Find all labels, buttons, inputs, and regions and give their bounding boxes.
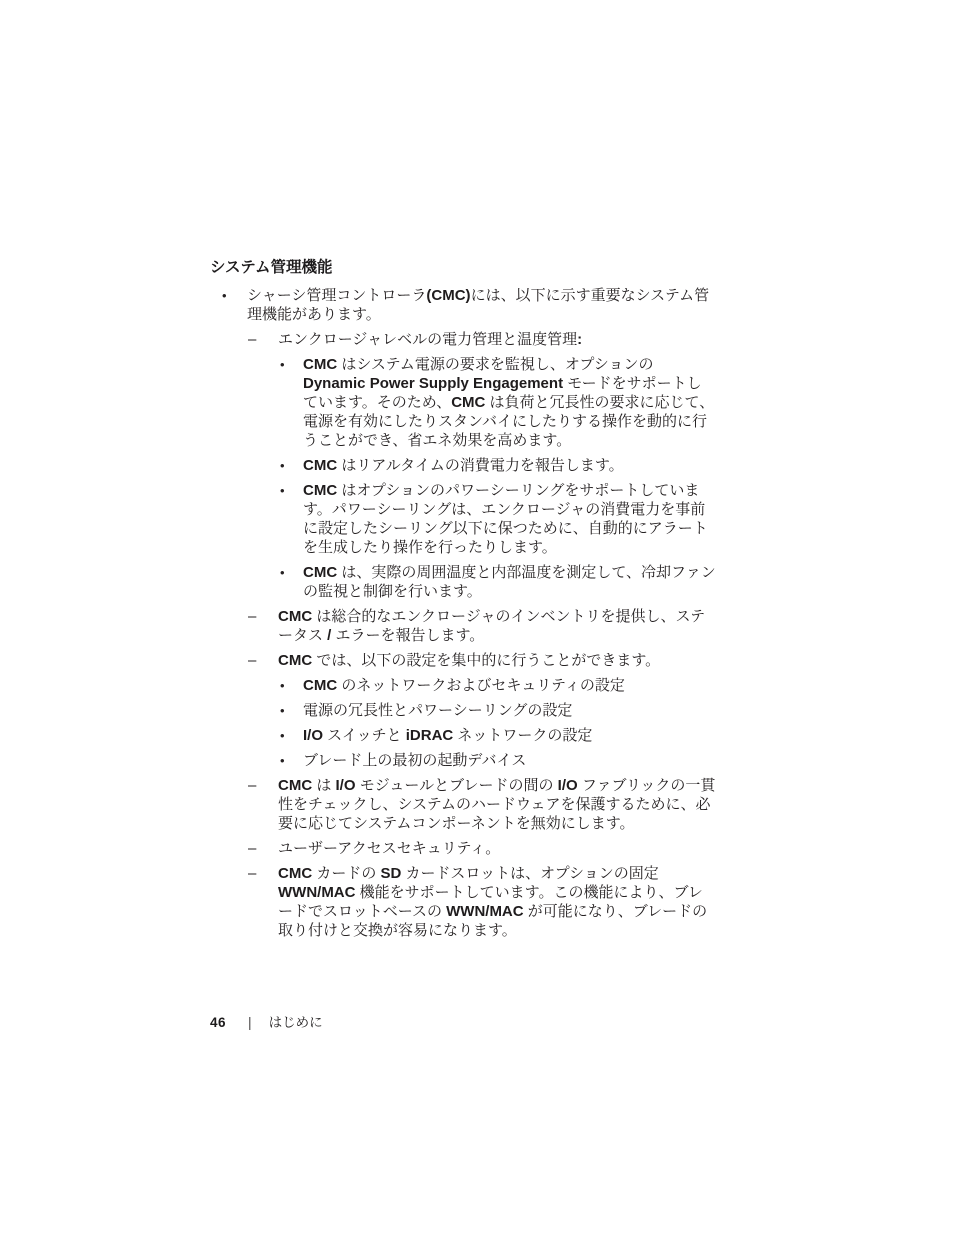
list-item: –CMC カードの SD カードスロットは、オプションの固定 WWN/MAC 機… bbox=[210, 864, 716, 940]
bullet-marker: • bbox=[280, 481, 285, 500]
list-item: •ブレード上の最初の起動デバイス bbox=[210, 751, 716, 770]
list-item: •CMC はオプションのパワーシーリングをサポートしています。パワーシーリングは… bbox=[210, 481, 716, 557]
list-item: •シャーシ管理コントローラ(CMC)には、以下に示す重要なシステム管理機能があり… bbox=[210, 286, 716, 324]
section-heading: システム管理機能 bbox=[210, 258, 716, 278]
bullet-marker: • bbox=[280, 701, 285, 720]
latin-text: SD bbox=[381, 865, 402, 882]
list-item: –エンクロージャレベルの電力管理と温度管理: bbox=[210, 330, 716, 349]
bullet-marker: • bbox=[280, 355, 285, 374]
latin-text: CMC bbox=[278, 865, 312, 882]
latin-text: I/O bbox=[303, 727, 323, 744]
list-item-text: シャーシ管理コントローラ(CMC)には、以下に示す重要なシステム管理機能がありま… bbox=[247, 287, 709, 323]
dash-marker: – bbox=[248, 839, 256, 858]
list-item-text: CMC は、実際の周囲温度と内部温度を測定して、冷却ファンの監視と制御を行います… bbox=[303, 564, 716, 600]
dash-marker: – bbox=[248, 776, 256, 795]
list-item-text: CMC では、以下の設定を集中的に行うことができます。 bbox=[278, 652, 660, 669]
list-item: •CMC はシステム電源の要求を監視し、オプションの Dynamic Power… bbox=[210, 355, 716, 450]
latin-text: CMC bbox=[451, 394, 485, 411]
dash-marker: – bbox=[248, 864, 256, 883]
latin-text: CMC bbox=[303, 677, 337, 694]
latin-text: iDRAC bbox=[406, 727, 454, 744]
list-item-text: ブレード上の最初の起動デバイス bbox=[303, 752, 526, 769]
list-item-text: I/O スイッチと iDRAC ネットワークの設定 bbox=[303, 727, 592, 744]
list-item: •電源の冗長性とパワーシーリングの設定 bbox=[210, 701, 716, 720]
latin-text: Dynamic Power Supply Engagement bbox=[303, 375, 563, 392]
list-item: –CMC は I/O モジュールとブレードの間の I/O ファブリックの一貫性を… bbox=[210, 776, 716, 833]
list-item: •CMC のネットワークおよびセキュリティの設定 bbox=[210, 676, 716, 695]
latin-text: CMC bbox=[278, 652, 312, 669]
latin-text: / bbox=[327, 627, 331, 644]
list-item-text: CMC のネットワークおよびセキュリティの設定 bbox=[303, 677, 625, 694]
document-page: システム管理機能 •シャーシ管理コントローラ(CMC)には、以下に示す重要なシス… bbox=[0, 0, 954, 1235]
latin-text: I/O bbox=[558, 777, 578, 794]
list-item-text: ユーザーアクセスセキュリティ。 bbox=[278, 840, 500, 857]
page-content: システム管理機能 •シャーシ管理コントローラ(CMC)には、以下に示す重要なシス… bbox=[210, 258, 716, 946]
list-item-text: CMC はリアルタイムの消費電力を報告します。 bbox=[303, 457, 624, 474]
bullet-marker: • bbox=[280, 563, 285, 582]
list-item-text: CMC は総合的なエンクロージャのインベントリを提供し、ステータス / エラーを… bbox=[278, 608, 705, 644]
footer-section-title: はじめに bbox=[269, 1014, 323, 1031]
list-item-text: CMC はシステム電源の要求を監視し、オプションの Dynamic Power … bbox=[303, 356, 714, 449]
list-item: –ユーザーアクセスセキュリティ。 bbox=[210, 839, 716, 858]
list-item: •CMC はリアルタイムの消費電力を報告します。 bbox=[210, 456, 716, 475]
bullet-marker: • bbox=[222, 286, 227, 305]
list-item: –CMC は総合的なエンクロージャのインベントリを提供し、ステータス / エラー… bbox=[210, 607, 716, 645]
latin-text: CMC bbox=[303, 564, 337, 581]
page-footer: 46 | はじめに bbox=[210, 1014, 323, 1031]
latin-text: CMC bbox=[303, 482, 337, 499]
bullet-marker: • bbox=[280, 751, 285, 770]
latin-text: CMC bbox=[303, 457, 337, 474]
page-number: 46 bbox=[210, 1014, 226, 1031]
latin-text: CMC bbox=[303, 356, 337, 373]
list-item: –CMC では、以下の設定を集中的に行うことができます。 bbox=[210, 651, 716, 670]
list-item-text: エンクロージャレベルの電力管理と温度管理: bbox=[278, 331, 582, 348]
list-item-text: CMC カードの SD カードスロットは、オプションの固定 WWN/MAC 機能… bbox=[278, 865, 707, 939]
dash-marker: – bbox=[248, 607, 256, 626]
bullet-marker: • bbox=[280, 676, 285, 695]
list-item: •CMC は、実際の周囲温度と内部温度を測定して、冷却ファンの監視と制御を行いま… bbox=[210, 563, 716, 601]
dash-marker: – bbox=[248, 651, 256, 670]
list-item-text: CMC はオプションのパワーシーリングをサポートしています。パワーシーリングは、… bbox=[303, 482, 708, 556]
latin-text: CMC bbox=[278, 777, 312, 794]
list-item-text: CMC は I/O モジュールとブレードの間の I/O ファブリックの一貫性をチ… bbox=[278, 777, 715, 832]
list-item-text: 電源の冗長性とパワーシーリングの設定 bbox=[303, 702, 572, 719]
dash-marker: – bbox=[248, 330, 256, 349]
latin-text: : bbox=[577, 331, 582, 348]
footer-separator: | bbox=[248, 1014, 251, 1031]
latin-text: CMC bbox=[278, 608, 312, 625]
latin-text: WWN/MAC bbox=[446, 903, 523, 920]
feature-list: •シャーシ管理コントローラ(CMC)には、以下に示す重要なシステム管理機能があり… bbox=[210, 286, 716, 940]
bullet-marker: • bbox=[280, 456, 285, 475]
latin-text: I/O bbox=[336, 777, 356, 794]
latin-text: WWN/MAC bbox=[278, 884, 355, 901]
latin-text: (CMC) bbox=[426, 287, 470, 304]
bullet-marker: • bbox=[280, 726, 285, 745]
list-item: •I/O スイッチと iDRAC ネットワークの設定 bbox=[210, 726, 716, 745]
